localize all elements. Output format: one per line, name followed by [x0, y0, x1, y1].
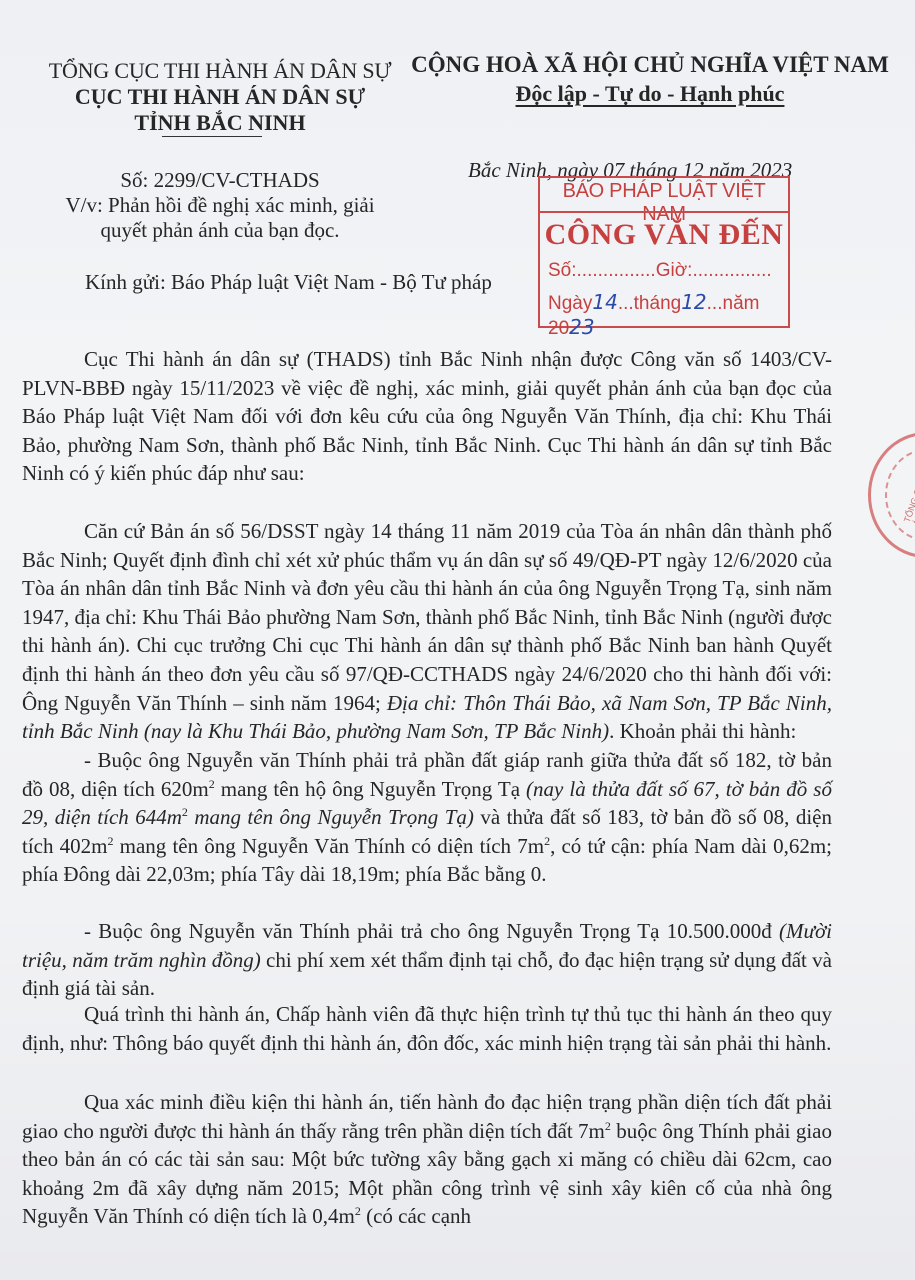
document-number: Số: 2299/CV-CTHADS — [0, 168, 440, 193]
recipient-line: Kính gửi: Báo Pháp luật Việt Nam - Bộ Tư… — [85, 270, 492, 295]
national-motto-header: CỘNG HOÀ XÃ HỘI CHỦ NGHĨA VIỆT NAM Độc l… — [395, 50, 905, 108]
paragraph-5: Quá trình thi hành án, Chấp hành viên đã… — [22, 1000, 832, 1057]
agency-parent: TỔNG CỤC THI HÀNH ÁN DÂN SỰ — [0, 58, 440, 84]
stamp-title: CÔNG VĂN ĐẾN — [540, 218, 788, 252]
paragraph-1: Cục Thi hành án dân sự (THADS) tỉnh Bắc … — [22, 345, 832, 488]
stamp-divider — [540, 211, 788, 213]
handwritten-year: 23 — [569, 315, 594, 339]
handwritten-month: 12 — [681, 290, 706, 314]
paragraph-6: Qua xác minh điều kiện thi hành án, tiến… — [22, 1088, 832, 1231]
country-name: CỘNG HOÀ XÃ HỘI CHỦ NGHĨA VIỆT NAM — [395, 50, 905, 80]
paragraph-2: Căn cứ Bản án số 56/DSST ngày 14 tháng 1… — [22, 517, 832, 746]
paragraph-4-payment-obligation: - Buộc ông Nguyễn văn Thính phải trả cho… — [22, 917, 832, 1003]
motto: Độc lập - Tự do - Hạnh phúc — [395, 80, 905, 108]
official-seal-icon: TỔNG CỤC THI HÀNH ÁN — [868, 432, 915, 558]
stamp-date-row: Ngày14...tháng12...năm 2023 — [548, 290, 788, 340]
document-reference: Số: 2299/CV-CTHADS V/v: Phản hồi đề nghị… — [0, 168, 440, 243]
stamp-number-row: Số:...............Giờ:............... — [548, 260, 772, 282]
paragraph-3-land-obligation: - Buộc ông Nguyễn văn Thính phải trả phầ… — [22, 746, 832, 889]
received-stamp: BÁO PHÁP LUẬT VIỆT NAM CÔNG VĂN ĐẾN Số:.… — [538, 176, 790, 328]
header-underline — [162, 136, 262, 137]
issuing-agency-header: TỔNG CỤC THI HÀNH ÁN DÂN SỰ CỤC THI HÀNH… — [0, 58, 440, 137]
handwritten-day: 14 — [592, 290, 617, 314]
document-subject-line2: quyết phản ánh của bạn đọc. — [0, 218, 440, 243]
document-subject-line1: V/v: Phản hồi đề nghị xác minh, giải — [0, 193, 440, 218]
agency-name: CỤC THI HÀNH ÁN DÂN SỰ — [0, 84, 440, 110]
document-page: TỔNG CỤC THI HÀNH ÁN DÂN SỰ CỤC THI HÀNH… — [0, 0, 915, 1280]
agency-province: TỈNH BẮC NINH — [0, 110, 440, 136]
